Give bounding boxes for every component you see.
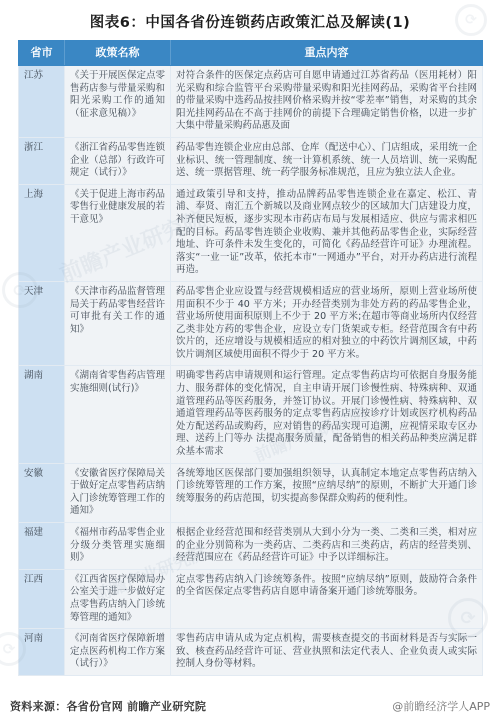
figure-page: 前瞻产业研究院 前瞻产业研究院 前瞻产业研究院 ⟳ ⟳ ⟳ ⟳ 图表6：中国各省… — [0, 0, 500, 722]
province-cell: 福建 — [19, 523, 65, 570]
policy-name-cell: 《河南省医疗保障新增定点医药机构工作方案（试行）》 — [65, 629, 171, 676]
policy-name-cell: 《湖南省零售药店管理实施细则(试行)》 — [65, 366, 171, 463]
policy-table: 省市 政策名称 重点内容 江苏《关于开展医保定点零售药店参与带量采购和阳光采购工… — [18, 40, 483, 676]
credit-note: @前瞻经济学人APP — [392, 698, 490, 714]
province-cell: 江苏 — [19, 66, 65, 138]
key-content-cell: 药品零售企业应设置与经营规模相适应的营业场所，原则上营业场所使用面积不少于 40… — [171, 281, 483, 366]
source-note: 资料来源：各省份官网 前瞻产业研究院 — [10, 698, 206, 714]
policy-name-cell: 《天津市药品监督管理局关于药品零售经营许可审批有关工作的通知》 — [65, 281, 171, 366]
figure-footer: 资料来源：各省份官网 前瞻产业研究院 @前瞻经济学人APP — [0, 698, 500, 714]
key-content-cell: 明确零售药店申请规则和运行管理。定点零售药店均可依据自身服务能力、服务群体的变化… — [171, 366, 483, 463]
key-content-cell: 通过政策引导和支持，推动品牌药品零售连锁企业在嘉定、松江、青浦、奉贤、南汇五个新… — [171, 184, 483, 281]
province-cell: 上海 — [19, 184, 65, 281]
key-content-cell: 定点零售药店纳入门诊统筹条件。按照“应纳尽纳”原则，鼓励符合条件的全省医保定点零… — [171, 569, 483, 628]
key-content-cell: 对符合条件的医保定点药店可自愿申请通过江苏省药品（医用耗材）阳光采购和综合监管平… — [171, 66, 483, 138]
key-content-cell: 各统筹地区医保部门要加强组织领导，认真制定本地定点零售药店纳入门诊统筹管理的工作… — [171, 463, 483, 522]
page-title: 图表6：中国各省份连锁药店政策汇总及解读(1) — [0, 0, 500, 40]
policy-name-cell: 《安徽省医疗保障局关于做好定点零售药店纳入门诊统筹管理工作的通知》 — [65, 463, 171, 522]
policy-name-cell: 《江西省医疗保障局办公室关于进一步做好定点零售药店纳入门诊统筹管理的通知》 — [65, 569, 171, 628]
table-row: 河南《河南省医疗保障新增定点医药机构工作方案（试行）》零售药店申请从成为定点机构… — [19, 629, 483, 676]
province-cell: 河南 — [19, 629, 65, 676]
table-row: 浙江《浙江省药品零售连锁企业（总部）行政许可规定（试行）》药品零售连锁企业应由总… — [19, 137, 483, 184]
table-row: 安徽《安徽省医疗保障局关于做好定点零售药店纳入门诊统筹管理工作的通知》各统筹地区… — [19, 463, 483, 522]
key-content-cell: 药品零售连锁企业应由总部、仓库（配送中心）、门店组成，采用统一企业标识、统一管理… — [171, 137, 483, 184]
column-header-policy: 政策名称 — [65, 41, 171, 66]
column-header-province: 省市 — [19, 41, 65, 66]
policy-name-cell: 《关于开展医保定点零售药店参与带量采购和阳光采购工作的通知（征求意见稿）》 — [65, 66, 171, 138]
table-body: 江苏《关于开展医保定点零售药店参与带量采购和阳光采购工作的通知（征求意见稿）》对… — [19, 66, 483, 676]
table-row: 福建《福州市药品零售企业分级分类管理实施细则》根据企业经营范围和经营类别从大到小… — [19, 523, 483, 570]
province-cell: 浙江 — [19, 137, 65, 184]
table-row: 江西《江西省医疗保障局办公室关于进一步做好定点零售药店纳入门诊统筹管理的通知》定… — [19, 569, 483, 628]
policy-name-cell: 《福州市药品零售企业分级分类管理实施细则》 — [65, 523, 171, 570]
column-header-content: 重点内容 — [171, 41, 483, 66]
province-cell: 湖南 — [19, 366, 65, 463]
table-row: 上海《关于促进上海市药品零售行业健康发展的若干意见》通过政策引导和支持，推动品牌… — [19, 184, 483, 281]
province-cell: 天津 — [19, 281, 65, 366]
province-cell: 江西 — [19, 569, 65, 628]
table-row: 湖南《湖南省零售药店管理实施细则(试行)》明确零售药店申请规则和运行管理。定点零… — [19, 366, 483, 463]
table-row: 天津《天津市药品监督管理局关于药品零售经营许可审批有关工作的通知》药品零售企业应… — [19, 281, 483, 366]
key-content-cell: 根据企业经营范围和经营类别从大到小分为一类、二类和三类，相对应的企业分别简称为一… — [171, 523, 483, 570]
policy-name-cell: 《关于促进上海市药品零售行业健康发展的若干意见》 — [65, 184, 171, 281]
province-cell: 安徽 — [19, 463, 65, 522]
key-content-cell: 零售药店申请从成为定点机构，需要核查提交的书面材料是否与实际一致、核查药品经营许… — [171, 629, 483, 676]
table-row: 江苏《关于开展医保定点零售药店参与带量采购和阳光采购工作的通知（征求意见稿）》对… — [19, 66, 483, 138]
table-header: 省市 政策名称 重点内容 — [19, 41, 483, 66]
policy-name-cell: 《浙江省药品零售连锁企业（总部）行政许可规定（试行）》 — [65, 137, 171, 184]
